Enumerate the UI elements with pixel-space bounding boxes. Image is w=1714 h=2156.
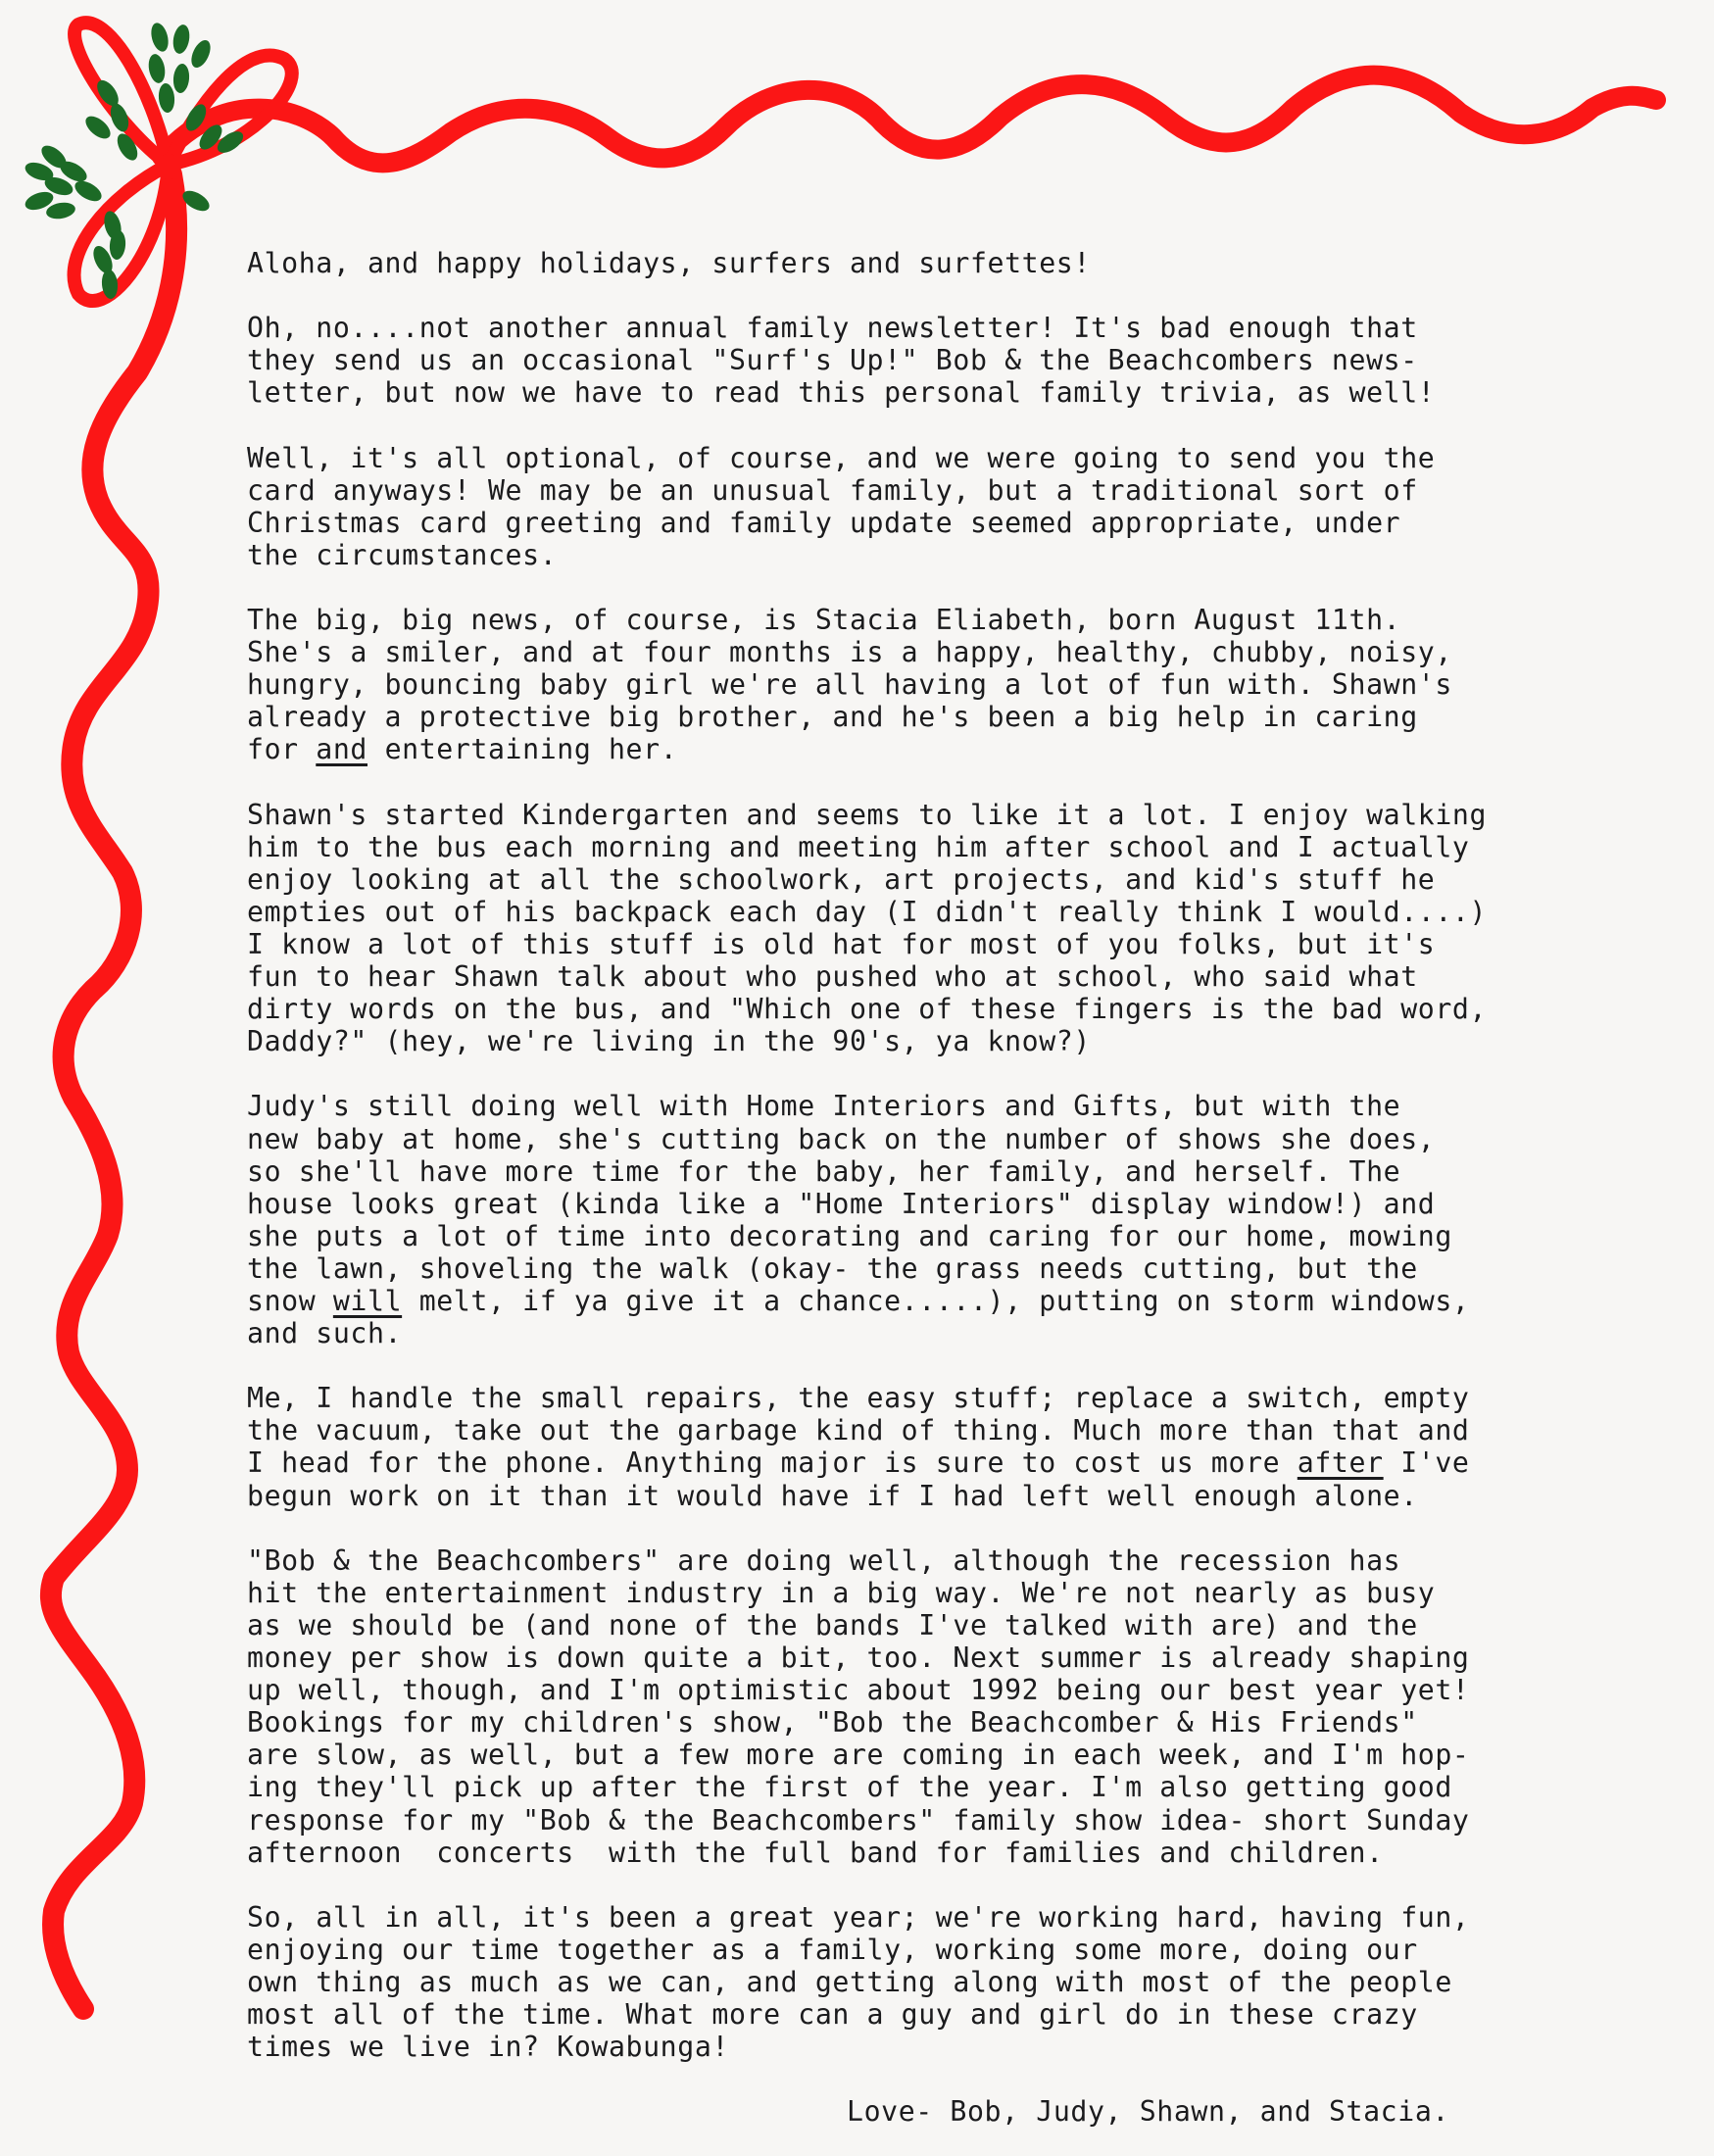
text-line: enjoy looking at all the schoolwork, art… xyxy=(247,863,1678,896)
text-line: I head for the phone. Anything major is … xyxy=(247,1446,1678,1479)
underlined-word: will xyxy=(333,1285,402,1317)
holly-leaf-icon xyxy=(148,21,171,53)
text-line: So, all in all, it's been a great year; … xyxy=(247,1901,1678,1934)
text-line: times we live in? Kowabunga! xyxy=(247,2031,1678,2063)
text-line: Shawn's started Kindergarten and seems t… xyxy=(247,799,1678,831)
holly-leaf-icon xyxy=(81,112,114,143)
text-line: the circumstances. xyxy=(247,539,1678,571)
text-line: hit the entertainment industry in a big … xyxy=(247,1577,1678,1609)
text-line: The big, big news, of course, is Stacia … xyxy=(247,604,1678,636)
text-line: already a protective big brother, and he… xyxy=(247,701,1678,733)
text-line: him to the bus each morning and meeting … xyxy=(247,831,1678,863)
text-line: most all of the time. What more can a gu… xyxy=(247,1998,1678,2031)
underlined-word: and xyxy=(316,733,367,765)
text-line: Me, I handle the small repairs, the easy… xyxy=(247,1382,1678,1414)
text-line: she puts a lot of time into decorating a… xyxy=(247,1220,1678,1252)
text-line: empties out of his backpack each day (I … xyxy=(247,896,1678,928)
holly-leaf-icon xyxy=(187,37,214,71)
text-line: money per show is down quite a bit, too.… xyxy=(247,1641,1678,1674)
text-line: the lawn, shoveling the walk (okay- the … xyxy=(247,1252,1678,1285)
text-line: response for my "Bob & the Beachcombers"… xyxy=(247,1804,1678,1837)
text-line: begun work on it than it would have if I… xyxy=(247,1480,1678,1512)
signature: Love- Bob, Judy, Shawn, and Stacia. xyxy=(847,2095,1678,2128)
paragraph: Oh, no....not another annual family news… xyxy=(247,312,1678,409)
text-line: and such. xyxy=(247,1317,1678,1349)
text-line: card anyways! We may be an unusual famil… xyxy=(247,474,1678,507)
paragraph: Well, it's all optional, of course, and … xyxy=(247,442,1678,571)
text-line: as we should be (and none of the bands I… xyxy=(247,1609,1678,1641)
text-line: She's a smiler, and at four months is a … xyxy=(247,636,1678,668)
underlined-word: after xyxy=(1298,1446,1384,1479)
paragraph: Shawn's started Kindergarten and seems t… xyxy=(247,799,1678,1058)
text-line: Christmas card greeting and family updat… xyxy=(247,507,1678,539)
text-line: fun to hear Shawn talk about who pushed … xyxy=(247,960,1678,993)
paragraph: "Bob & the Beachcombers" are doing well,… xyxy=(247,1544,1678,1869)
paragraph: Judy's still doing well with Home Interi… xyxy=(247,1090,1678,1349)
text-line: Judy's still doing well with Home Interi… xyxy=(247,1090,1678,1122)
text-line: for and entertaining her. xyxy=(247,733,1678,765)
text-line: afternoon concerts with the full band fo… xyxy=(247,1837,1678,1869)
letter-paragraphs: Oh, no....not another annual family news… xyxy=(247,312,1678,2063)
text-line: hungry, bouncing baby girl we're all hav… xyxy=(247,668,1678,701)
text-line: I know a lot of this stuff is old hat fo… xyxy=(247,928,1678,960)
text-line: enjoying our time together as a family, … xyxy=(247,1934,1678,1966)
paragraph: The big, big news, of course, is Stacia … xyxy=(247,604,1678,765)
text-line: snow will melt, if ya give it a chance..… xyxy=(247,1285,1678,1317)
text-line: up well, though, and I'm optimistic abou… xyxy=(247,1674,1678,1706)
text-line: Oh, no....not another annual family news… xyxy=(247,312,1678,344)
holly-leaf-icon xyxy=(171,24,192,55)
text-line: so she'll have more time for the baby, h… xyxy=(247,1155,1678,1188)
greeting: Aloha, and happy holidays, surfers and s… xyxy=(247,247,1678,279)
text-line: Well, it's all optional, of course, and … xyxy=(247,442,1678,474)
letter-body: Aloha, and happy holidays, surfers and s… xyxy=(247,247,1678,2128)
paragraph: So, all in all, it's been a great year; … xyxy=(247,1901,1678,2063)
text-line: they send us an occasional "Surf's Up!" … xyxy=(247,344,1678,376)
text-line: ing they'll pick up after the first of t… xyxy=(247,1771,1678,1803)
paragraph: Me, I handle the small repairs, the easy… xyxy=(247,1382,1678,1511)
text-line: the vacuum, take out the garbage kind of… xyxy=(247,1414,1678,1446)
text-line: Bookings for my children's show, "Bob th… xyxy=(247,1706,1678,1739)
text-line: "Bob & the Beachcombers" are doing well,… xyxy=(247,1544,1678,1577)
holly-leaf-icon xyxy=(158,82,176,113)
holly-leaf-icon xyxy=(72,177,105,206)
text-line: dirty words on the bus, and "Which one o… xyxy=(247,993,1678,1025)
text-line: new baby at home, she's cutting back on … xyxy=(247,1123,1678,1155)
holly-leaf-icon xyxy=(147,53,168,84)
text-line: own thing as much as we can, and getting… xyxy=(247,1966,1678,1998)
holly-leaf-icon xyxy=(172,63,191,93)
text-line: are slow, as well, but a few more are co… xyxy=(247,1739,1678,1771)
text-line: Daddy?" (hey, we're living in the 90's, … xyxy=(247,1025,1678,1057)
text-line: letter, but now we have to read this per… xyxy=(247,376,1678,409)
text-line: house looks great (kinda like a "Home In… xyxy=(247,1188,1678,1220)
